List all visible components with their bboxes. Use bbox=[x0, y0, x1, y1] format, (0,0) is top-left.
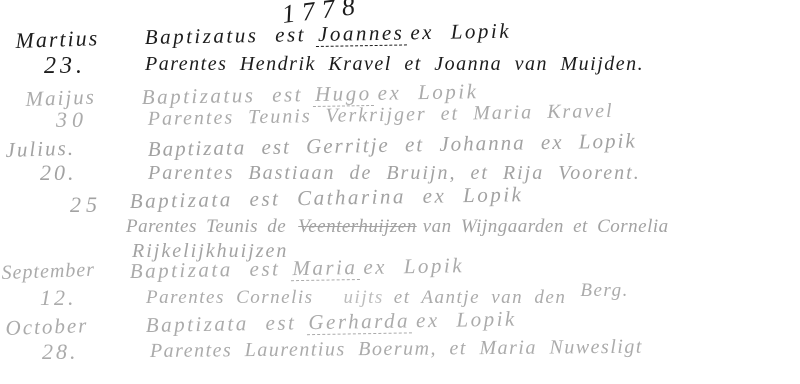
register-scan-page: 1778 Martius 23. Baptizatus estJoannesex… bbox=[0, 0, 800, 384]
baptism-line: Baptizata est Gerritje et Johanna ex Lop… bbox=[148, 128, 637, 162]
baptism-origin: ex Lopik bbox=[410, 19, 511, 45]
baptism-text: Baptizata est bbox=[130, 256, 281, 283]
crossed-out-name: Veenterhuijzen bbox=[298, 216, 417, 237]
entry-month: September bbox=[1, 259, 95, 285]
entry-day: 25 bbox=[70, 192, 102, 218]
baptism-origin: ex Lopik bbox=[363, 253, 464, 279]
parents-line: Parentes Laurentius Boerum, et Maria Nuw… bbox=[150, 336, 643, 363]
entry-month: October bbox=[5, 313, 89, 341]
baptism-text: Baptizata est bbox=[146, 310, 297, 337]
parents-text: van Wijngaarden et Cornelia bbox=[423, 216, 669, 237]
parents-line: Parentes Teunis deVeenterhuijzenvan Wijn… bbox=[126, 216, 669, 238]
entry-day: 12. bbox=[40, 285, 77, 311]
entry-day: 23. bbox=[44, 53, 86, 80]
baptism-text: Baptizatus est bbox=[145, 22, 307, 49]
parents-surname: Berg. bbox=[580, 280, 628, 301]
parents-line: Parentes Hendrik Kravel et Joanna van Mu… bbox=[145, 53, 644, 76]
baptism-line: Baptizata est Catharina ex Lopik bbox=[130, 182, 524, 214]
entry-day: 30 bbox=[56, 107, 88, 133]
baptism-line: Baptizata estGerhardaex Lopik bbox=[146, 307, 517, 338]
baptism-line: Baptizatus estJoannesex Lopik bbox=[145, 19, 512, 50]
parents-text: et Aantje van den bbox=[394, 287, 567, 308]
baptism-origin: ex Lopik bbox=[416, 307, 517, 333]
baptism-origin: ex Lopik bbox=[377, 79, 478, 105]
baptized-name: Joannes bbox=[316, 20, 407, 47]
baptism-line: Baptizata estMariaex Lopik bbox=[130, 253, 465, 284]
parents-line: Parentes Cornelisuijtset Aantje van denB… bbox=[146, 287, 629, 309]
entry-day: 20. bbox=[40, 160, 77, 186]
baptized-name: Hugo bbox=[313, 81, 374, 107]
entry-day: 28. bbox=[42, 339, 79, 365]
parents-line: Parentes Bastiaan de Bruijn, et Rija Voo… bbox=[148, 162, 641, 185]
baptized-name: Maria bbox=[290, 255, 359, 281]
parents-text: Parentes Cornelis bbox=[146, 287, 314, 308]
baptized-name: Gerharda bbox=[306, 308, 412, 335]
entry-month: Martius bbox=[15, 25, 100, 54]
parents-text: Parentes Teunis de bbox=[126, 216, 286, 237]
entry-month: Julius. bbox=[5, 136, 75, 163]
faint-surname: uijts bbox=[344, 287, 384, 308]
